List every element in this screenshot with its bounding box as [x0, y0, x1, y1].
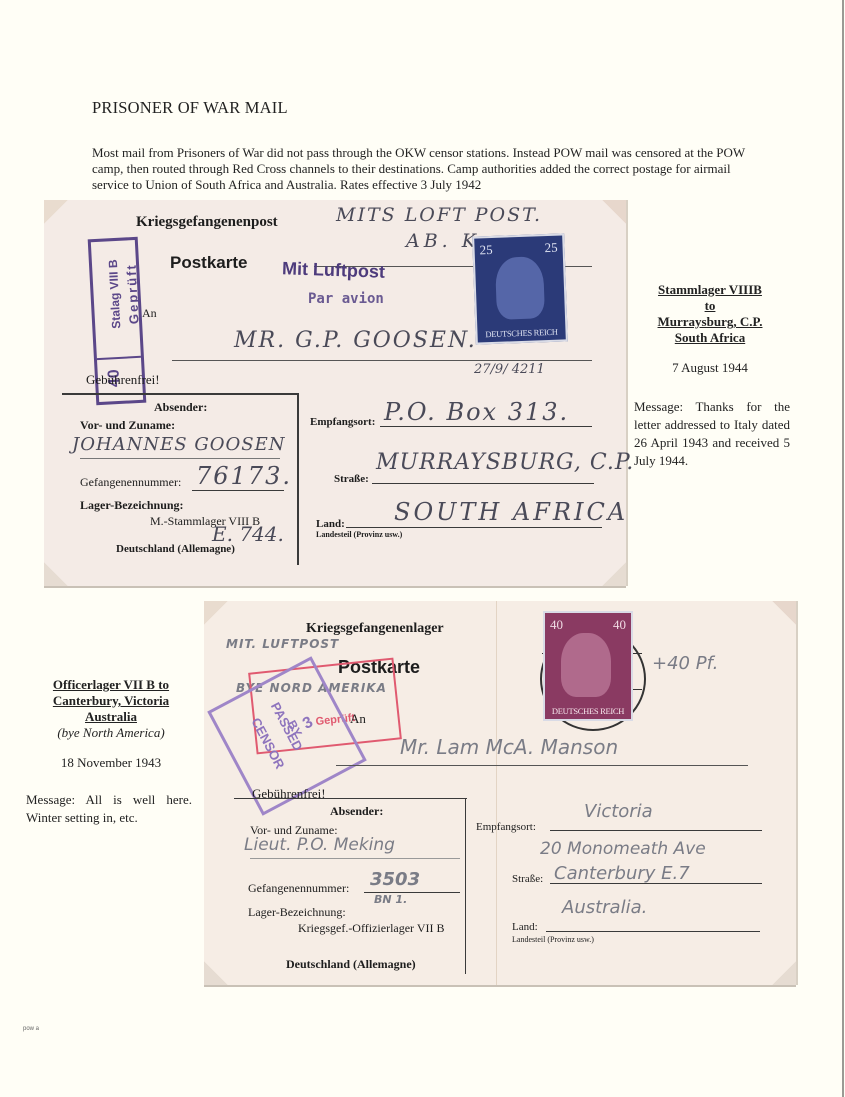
photo-corner — [44, 562, 68, 586]
sender-box-right — [297, 393, 299, 565]
caption-message: Message: Thanks for the letter addressed… — [634, 398, 790, 470]
destination-value: P.O. Box 313. — [384, 398, 569, 426]
pow-number: 76173. — [196, 462, 292, 490]
sender-name: Lieut. P.O. Meking — [244, 835, 395, 855]
country-label: Deutschland (Allemagne) — [286, 957, 416, 972]
photo-corner — [772, 961, 796, 985]
page-code: pow a — [23, 1026, 39, 1032]
street-value: MURRAYSBURG, C.P. — [376, 450, 634, 475]
stamp-country-label: DEUTSCHES REICH — [477, 326, 565, 339]
camp-label: Lager-Bezeichnung: — [248, 905, 346, 920]
intro-paragraph: Most mail from Prisoners of War did not … — [92, 145, 752, 193]
sender-box-top — [62, 393, 298, 395]
route-line: Canterbury, Victoria — [26, 693, 196, 709]
pow-number-label: Gefangenennummer: — [248, 881, 349, 896]
land-line — [546, 931, 760, 932]
name-label: Vor- und Zuname: — [80, 418, 175, 433]
postage-stamp-25pf: 25 25 DEUTSCHES REICH — [472, 233, 568, 344]
an-label: An — [350, 711, 366, 727]
pencil-note: 27/9/ 4211 — [474, 362, 545, 377]
caption-officerlager: Officerlager VII B to Canterbury, Victor… — [26, 677, 196, 771]
destination-value: Victoria — [584, 801, 653, 822]
card-header: Kriegsgefangenenlager — [306, 621, 444, 637]
land-value: SOUTH AFRICA — [394, 498, 628, 526]
card-header: Kriegsgefangenenpost — [136, 214, 278, 231]
page-edge-line — [842, 0, 844, 1097]
stamp-portrait — [561, 633, 611, 697]
stamp-portrait — [495, 256, 545, 320]
an-label: An — [142, 306, 157, 321]
sender-box-right — [465, 798, 466, 974]
pencil-note: +40 Pf. — [652, 653, 718, 674]
street-label: Straße: — [334, 473, 369, 485]
photo-corner — [204, 961, 228, 985]
caption-date: 7 August 1944 — [636, 360, 784, 376]
address-line — [172, 360, 592, 361]
par-avion-cachet: Par avion — [308, 291, 384, 307]
caption-stammlager: Stammlager VIIIB to Murraysburg, C.P. So… — [636, 282, 784, 376]
stamp-value-left: 40 — [550, 617, 563, 633]
stamp-value-right: 40 — [613, 617, 626, 633]
censor-camp-text: Stalag VIII B — [105, 235, 125, 354]
addressee-name: MR. G.P. GOOSEN. — [234, 328, 477, 353]
pow-number-label: Gefangenennummer: — [80, 475, 181, 490]
fold-line — [496, 601, 497, 985]
postcard-oflag-viib: Kriegsgefangenenlager MIT. LUFTPOST Post… — [204, 601, 796, 985]
street-label: Straße: — [512, 873, 543, 885]
route-line: Stammlager VIIIB — [636, 282, 784, 298]
destination-label: Empfangsort: — [310, 416, 375, 428]
stamp-country-label: DEUTSCHES REICH — [545, 706, 631, 716]
land-value: Australia. — [562, 897, 647, 918]
stamp-value-left: 25 — [479, 242, 493, 258]
postcard-stalag-viiib: Kriegsgefangenenpost Postkarte MITS LOFT… — [44, 200, 626, 586]
camp-name: Kriegsgef.-Offizierlager VII B — [298, 921, 445, 936]
stamp-value-right: 25 — [544, 240, 558, 256]
sender-name: JOHANNES GOOSEN — [72, 434, 285, 455]
photo-corner — [44, 200, 68, 224]
destination-line — [380, 426, 592, 427]
fee-free-label: Gebührenfrei! — [86, 372, 160, 388]
street-value-line1: 20 Monomeath Ave — [540, 839, 706, 859]
fee-free-label: Gebührenfrei! — [252, 786, 326, 802]
sender-box-top — [234, 798, 467, 799]
caption-date: 18 November 1943 — [26, 755, 196, 771]
route-note: (bye North America) — [26, 725, 196, 741]
street-line — [372, 483, 594, 484]
pow-number-extra: BN 1. — [374, 893, 407, 906]
route-line: Officerlager VII B to — [26, 677, 196, 693]
handwritten-airmail-note: MITS LOFT POST. — [336, 204, 542, 226]
province-label: Landesteil (Provinz usw.) — [316, 530, 402, 539]
censor-divider — [97, 356, 141, 360]
route-line: to — [636, 298, 784, 314]
photo-corner — [602, 562, 626, 586]
photo-corner — [772, 601, 796, 625]
page-title: PRISONER OF WAR MAIL — [92, 98, 288, 118]
postage-stamp-40pf: 40 40 DEUTSCHES REICH — [543, 611, 633, 721]
route-line: Australia — [26, 709, 196, 725]
street-value-line2: Canterbury E.7 — [554, 863, 690, 884]
destination-label: Empfangsort: — [476, 821, 536, 833]
name-line — [80, 458, 280, 459]
land-label: Land: — [316, 518, 345, 530]
addressee-name: Mr. Lam McA. Manson — [400, 735, 618, 759]
card-type: Postkarte — [170, 253, 247, 273]
handwritten-airmail-note: MIT. LUFTPOST — [226, 637, 339, 651]
address-line — [336, 765, 748, 766]
pow-number-line — [192, 490, 284, 491]
censor-checked-text: Geprüft — [122, 234, 143, 353]
country-label: Deutschland (Allemagne) — [116, 543, 235, 555]
airmail-cachet: Mit Luftpost — [282, 258, 386, 283]
caption-message: Message: All is well here. Winter settin… — [26, 791, 192, 827]
sender-header: Absender: — [330, 804, 383, 819]
destination-line — [550, 830, 762, 831]
photo-corner — [204, 601, 228, 625]
land-label: Land: — [512, 921, 538, 933]
province-label: Landesteil (Provinz usw.) — [512, 935, 594, 944]
route-line: South Africa — [636, 330, 784, 346]
photo-corner — [602, 200, 626, 224]
route-line: Murraysburg, C.P. — [636, 314, 784, 330]
camp-label: Lager-Bezeichnung: — [80, 498, 184, 513]
land-line — [346, 527, 602, 528]
street-line — [550, 883, 762, 884]
sender-header: Absender: — [154, 400, 207, 415]
pow-number: 3503 — [370, 869, 420, 890]
name-line — [250, 858, 460, 859]
